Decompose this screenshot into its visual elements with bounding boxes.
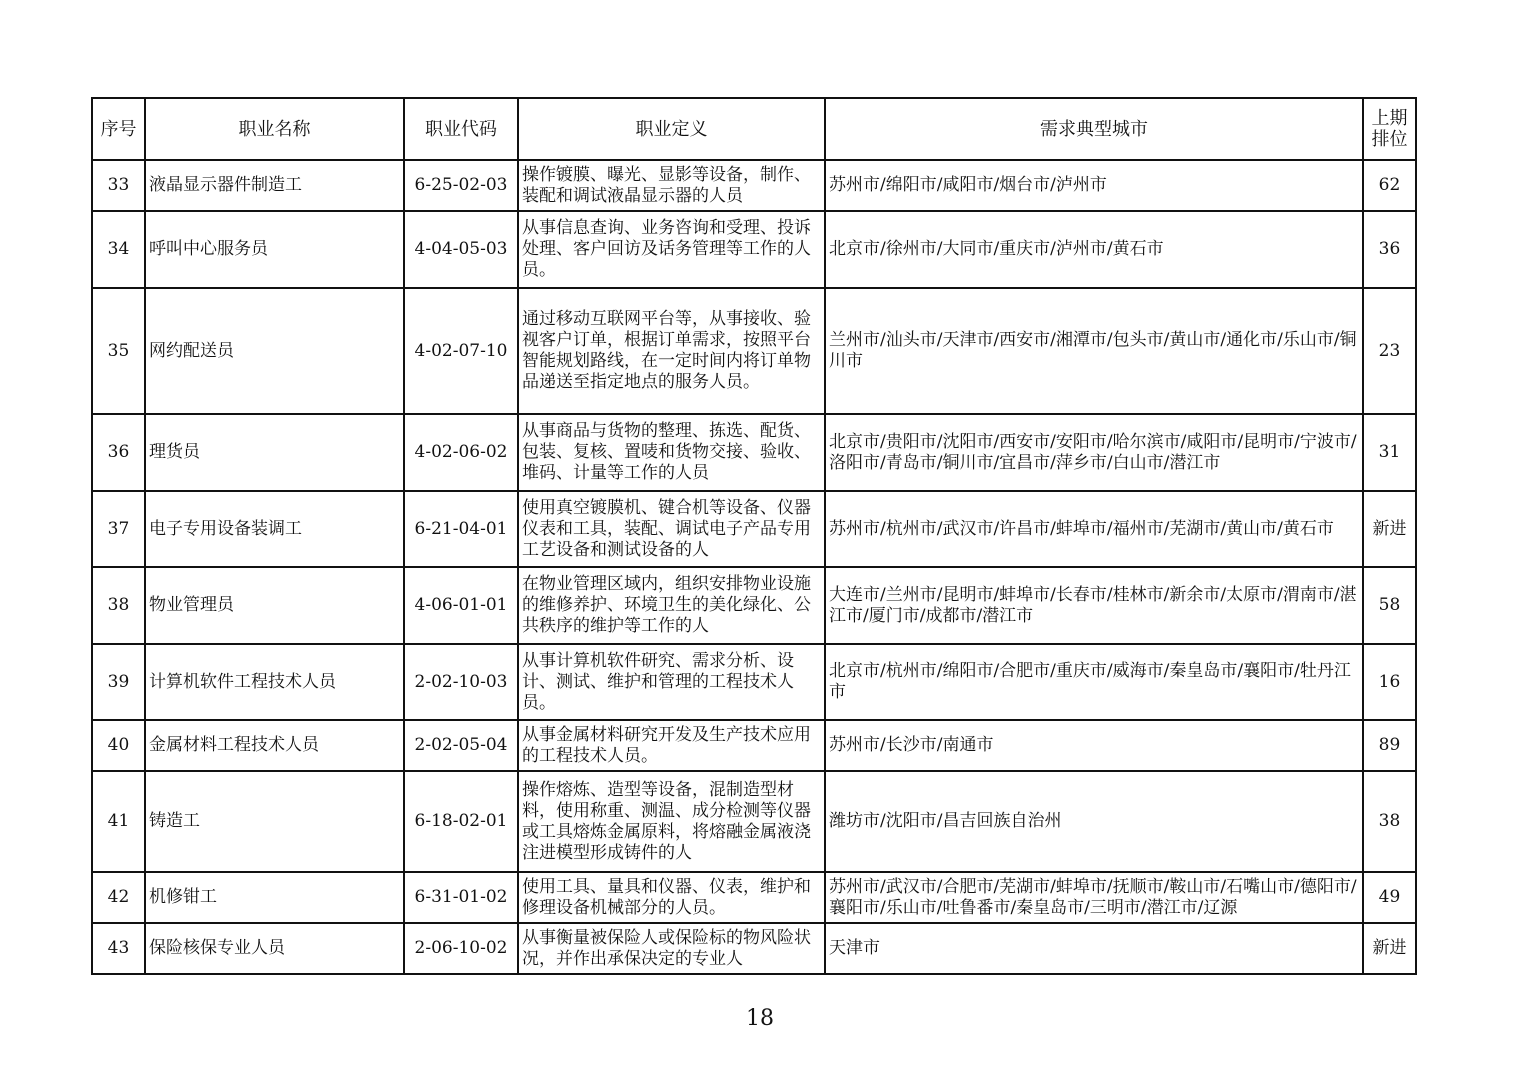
cell-no: 34 [92,211,145,288]
cell-cities: 兰州市/汕头市/天津市/西安市/湘潭市/包头市/黄山市/通化市/乐山市/铜川市 [825,288,1363,414]
page-number: 18 [0,1006,1520,1031]
cell-name: 铸造工 [145,771,404,872]
occupation-table: 序号 职业名称 职业代码 职业定义 需求典型城市 上期排位 33 液晶显示器件制… [91,97,1417,975]
header-name: 职业名称 [145,98,404,160]
cell-definition: 从事计算机软件研究、需求分析、设计、测试、维护和管理的工程技术人员。 [518,644,825,720]
cell-code: 6-31-01-02 [404,872,518,923]
cell-no: 39 [92,644,145,720]
table-row: 42 机修钳工 6-31-01-02 使用工具、量具和仪器、仪表，维护和修理设备… [92,872,1416,923]
cell-prev-rank: 23 [1363,288,1416,414]
header-definition: 职业定义 [518,98,825,160]
cell-code: 6-18-02-01 [404,771,518,872]
table-row: 34 呼叫中心服务员 4-04-05-03 从事信息查询、业务咨询和受理、投诉处… [92,211,1416,288]
cell-no: 38 [92,567,145,644]
cell-no: 42 [92,872,145,923]
cell-name: 呼叫中心服务员 [145,211,404,288]
cell-name: 液晶显示器件制造工 [145,160,404,211]
cell-no: 40 [92,720,145,771]
cell-definition: 通过移动互联网平台等，从事接收、验视客户订单，根据订单需求，按照平台智能规划路线… [518,288,825,414]
cell-name: 理货员 [145,414,404,491]
cell-definition: 操作熔炼、造型等设备，混制造型材料，使用称重、测温、成分检测等仪器或工具熔炼金属… [518,771,825,872]
cell-code: 6-25-02-03 [404,160,518,211]
cell-prev-rank: 62 [1363,160,1416,211]
cell-no: 43 [92,923,145,974]
table-row: 43 保险核保专业人员 2-06-10-02 从事衡量被保险人或保险标的物风险状… [92,923,1416,974]
cell-definition: 操作镀膜、曝光、显影等设备，制作、装配和调试液晶显示器的人员 [518,160,825,211]
header-cities: 需求典型城市 [825,98,1363,160]
table-row: 38 物业管理员 4-06-01-01 在物业管理区域内，组织安排物业设施的维修… [92,567,1416,644]
cell-prev-rank: 58 [1363,567,1416,644]
cell-no: 41 [92,771,145,872]
cell-name: 网约配送员 [145,288,404,414]
cell-definition: 在物业管理区域内，组织安排物业设施的维修养护、环境卫生的美化绿化、公共秩序的维护… [518,567,825,644]
cell-prev-rank: 89 [1363,720,1416,771]
cell-definition: 从事商品与货物的整理、拣选、配货、包装、复核、置唛和货物交接、验收、堆码、计量等… [518,414,825,491]
cell-code: 2-02-10-03 [404,644,518,720]
cell-code: 6-21-04-01 [404,491,518,567]
cell-cities: 北京市/杭州市/绵阳市/合肥市/重庆市/威海市/秦皇岛市/襄阳市/牡丹江市 [825,644,1363,720]
cell-no: 36 [92,414,145,491]
cell-cities: 苏州市/绵阳市/咸阳市/烟台市/泸州市 [825,160,1363,211]
cell-code: 2-02-05-04 [404,720,518,771]
header-row: 序号 职业名称 职业代码 职业定义 需求典型城市 上期排位 [92,98,1416,160]
cell-name: 保险核保专业人员 [145,923,404,974]
table-row: 39 计算机软件工程技术人员 2-02-10-03 从事计算机软件研究、需求分析… [92,644,1416,720]
header-no: 序号 [92,98,145,160]
cell-name: 电子专用设备装调工 [145,491,404,567]
header-prev-rank-line2: 排位 [1372,129,1408,150]
header-prev-rank: 上期排位 [1363,98,1416,160]
cell-prev-rank: 38 [1363,771,1416,872]
cell-definition: 从事信息查询、业务咨询和受理、投诉处理、客户回访及话务管理等工作的人员。 [518,211,825,288]
cell-cities: 苏州市/武汉市/合肥市/芜湖市/蚌埠市/抚顺市/鞍山市/石嘴山市/德阳市/襄阳市… [825,872,1363,923]
cell-prev-rank: 31 [1363,414,1416,491]
cell-no: 35 [92,288,145,414]
cell-name: 机修钳工 [145,872,404,923]
cell-name: 计算机软件工程技术人员 [145,644,404,720]
cell-cities: 北京市/贵阳市/沈阳市/西安市/安阳市/哈尔滨市/咸阳市/昆明市/宁波市/洛阳市… [825,414,1363,491]
cell-definition: 使用工具、量具和仪器、仪表，维护和修理设备机械部分的人员。 [518,872,825,923]
cell-prev-rank: 49 [1363,872,1416,923]
table-row: 33 液晶显示器件制造工 6-25-02-03 操作镀膜、曝光、显影等设备，制作… [92,160,1416,211]
table-row: 40 金属材料工程技术人员 2-02-05-04 从事金属材料研究开发及生产技术… [92,720,1416,771]
cell-prev-rank: 16 [1363,644,1416,720]
cell-no: 33 [92,160,145,211]
table-row: 41 铸造工 6-18-02-01 操作熔炼、造型等设备，混制造型材料，使用称重… [92,771,1416,872]
cell-cities: 北京市/徐州市/大同市/重庆市/泸州市/黄石市 [825,211,1363,288]
header-code: 职业代码 [404,98,518,160]
cell-prev-rank: 新进 [1363,491,1416,567]
cell-name: 物业管理员 [145,567,404,644]
document-page: 序号 职业名称 职业代码 职业定义 需求典型城市 上期排位 33 液晶显示器件制… [0,0,1520,1074]
header-prev-rank-line1: 上期 [1372,108,1408,129]
cell-code: 4-02-06-02 [404,414,518,491]
table-row: 36 理货员 4-02-06-02 从事商品与货物的整理、拣选、配货、包装、复核… [92,414,1416,491]
cell-definition: 使用真空镀膜机、键合机等设备、仪器仪表和工具，装配、调试电子产品专用工艺设备和测… [518,491,825,567]
cell-code: 4-04-05-03 [404,211,518,288]
table-row: 35 网约配送员 4-02-07-10 通过移动互联网平台等，从事接收、验视客户… [92,288,1416,414]
cell-prev-rank: 36 [1363,211,1416,288]
cell-cities: 天津市 [825,923,1363,974]
cell-no: 37 [92,491,145,567]
cell-cities: 潍坊市/沈阳市/昌吉回族自治州 [825,771,1363,872]
cell-definition: 从事衡量被保险人或保险标的物风险状况，并作出承保决定的专业人 [518,923,825,974]
cell-prev-rank: 新进 [1363,923,1416,974]
cell-definition: 从事金属材料研究开发及生产技术应用的工程技术人员。 [518,720,825,771]
cell-cities: 苏州市/杭州市/武汉市/许昌市/蚌埠市/福州市/芜湖市/黄山市/黄石市 [825,491,1363,567]
cell-cities: 苏州市/长沙市/南通市 [825,720,1363,771]
cell-code: 4-02-07-10 [404,288,518,414]
cell-code: 4-06-01-01 [404,567,518,644]
cell-name: 金属材料工程技术人员 [145,720,404,771]
cell-cities: 大连市/兰州市/昆明市/蚌埠市/长春市/桂林市/新余市/太原市/渭南市/湛江市/… [825,567,1363,644]
cell-code: 2-06-10-02 [404,923,518,974]
table-row: 37 电子专用设备装调工 6-21-04-01 使用真空镀膜机、键合机等设备、仪… [92,491,1416,567]
